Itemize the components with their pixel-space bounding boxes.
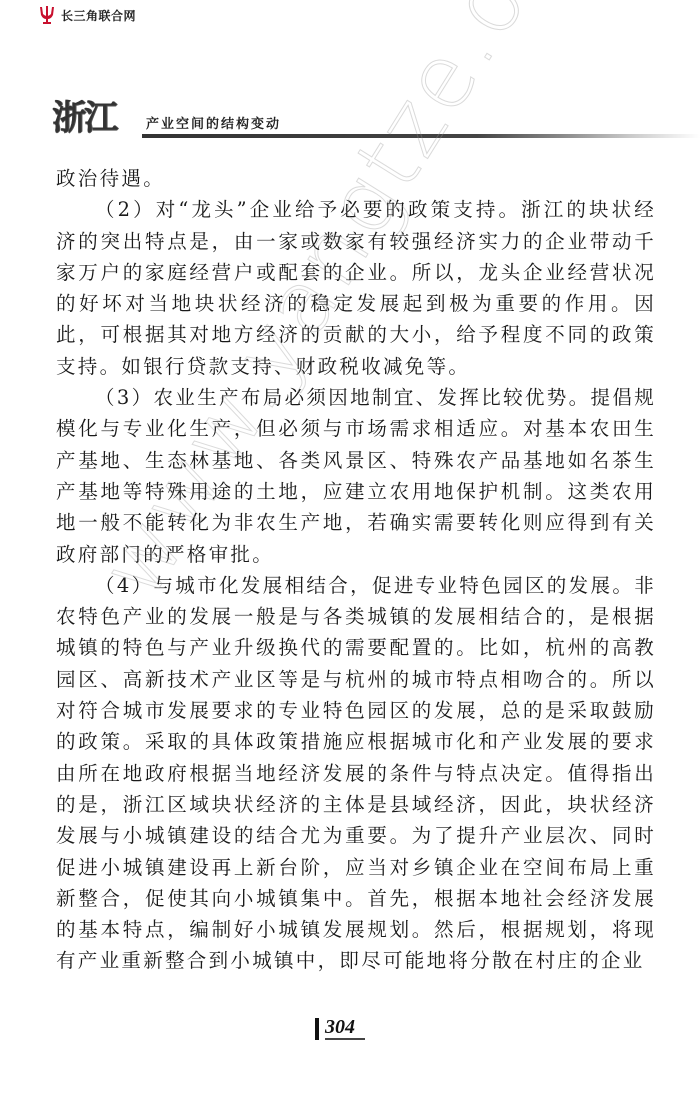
paragraph-2: （2）对“龙头”企业给予必要的政策支持。浙江的块状经济的突出特点是，由一家或数家… [56,194,656,382]
header-rule [142,134,700,138]
page-marker-bar [315,1018,319,1040]
site-name: 长三角联合网 [61,7,136,24]
paragraph-4: （4）与城市化发展相结合，促进专业特色园区的发展。非农特色产业的发展一般是与各类… [56,570,656,977]
chapter-title: 浙江 [52,98,116,138]
page-footer: 304 [315,1018,365,1040]
page-number: 304 [325,1016,365,1040]
site-header: 长三角联合网 [38,4,136,26]
chapter-header: 浙江 产业空间的结构变动 [52,98,692,138]
psi-logo-icon [38,5,56,25]
paragraph-3: （3）农业生产布局必须因地制宜、发挥比较优势。提倡规模化与专业化生产，但必须与市… [56,382,656,570]
paragraph-1: 政治待遇。 [56,163,656,194]
chapter-subtitle: 产业空间的结构变动 [146,113,281,132]
body-text: 政治待遇。 （2）对“龙头”企业给予必要的政策支持。浙江的块状经济的突出特点是，… [56,163,656,977]
